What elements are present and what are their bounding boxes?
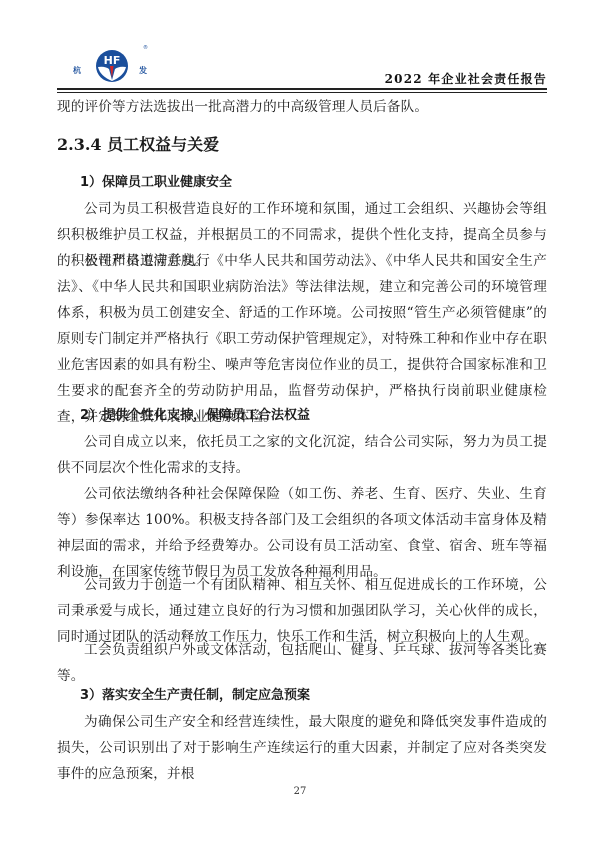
- subsection-title-2: 2）提供个性化支持，保障员工合法权益: [80, 404, 310, 423]
- subsection-title-3: 3）落实安全生产责任制，制定应急预案: [80, 684, 310, 703]
- svg-text:HF: HF: [104, 54, 121, 67]
- paragraph: 公司自成立以来，依托员工之家的文化沉淀，结合公司实际，努力为员工提供不同层次个性…: [57, 429, 547, 481]
- section-title: 2.3.4 员工权益与关爱: [57, 132, 219, 155]
- document-page: 杭 HF 发 ® 2022 年企业社会责任报告 现的评价等方法选拔出一批高潜力的…: [0, 0, 600, 848]
- paragraph: 公司严格遵守并执行《中华人民共和国劳动法》、《中华人民共和国安全生产法》、《中华…: [57, 248, 547, 430]
- report-title: 2022 年企业社会责任报告: [385, 70, 547, 87]
- logo-right-char: 发: [139, 65, 147, 76]
- paragraph: 为确保公司生产安全和经营连续性，最大限度的避免和降低突发事件造成的损失，公司识别…: [57, 709, 547, 787]
- subsection-title-1: 1）保障员工职业健康安全: [80, 171, 232, 190]
- header-rule-thick: [57, 88, 547, 90]
- paragraph: 公司依法缴纳各种社会保障保险（如工伤、养老、生育、医疗、失业、生育等）参保率达 …: [57, 481, 547, 585]
- registered-mark: ®: [143, 45, 148, 51]
- paragraph: 工会负责组织户外或文体活动，包括爬山、健身、乒乓球、拔河等各类比赛等。: [57, 637, 547, 689]
- company-logo: 杭 HF 发 ®: [67, 45, 187, 85]
- logo-left-char: 杭: [73, 65, 81, 76]
- carryover-paragraph: 现的评价等方法选拔出一批高潜力的中高级管理人员后备队。: [57, 94, 547, 120]
- page-header: 杭 HF 发 ® 2022 年企业社会责任报告: [57, 40, 547, 92]
- page-number: 27: [0, 786, 600, 797]
- header-rule-thin: [57, 92, 547, 93]
- hf-badge-icon: HF: [95, 49, 129, 83]
